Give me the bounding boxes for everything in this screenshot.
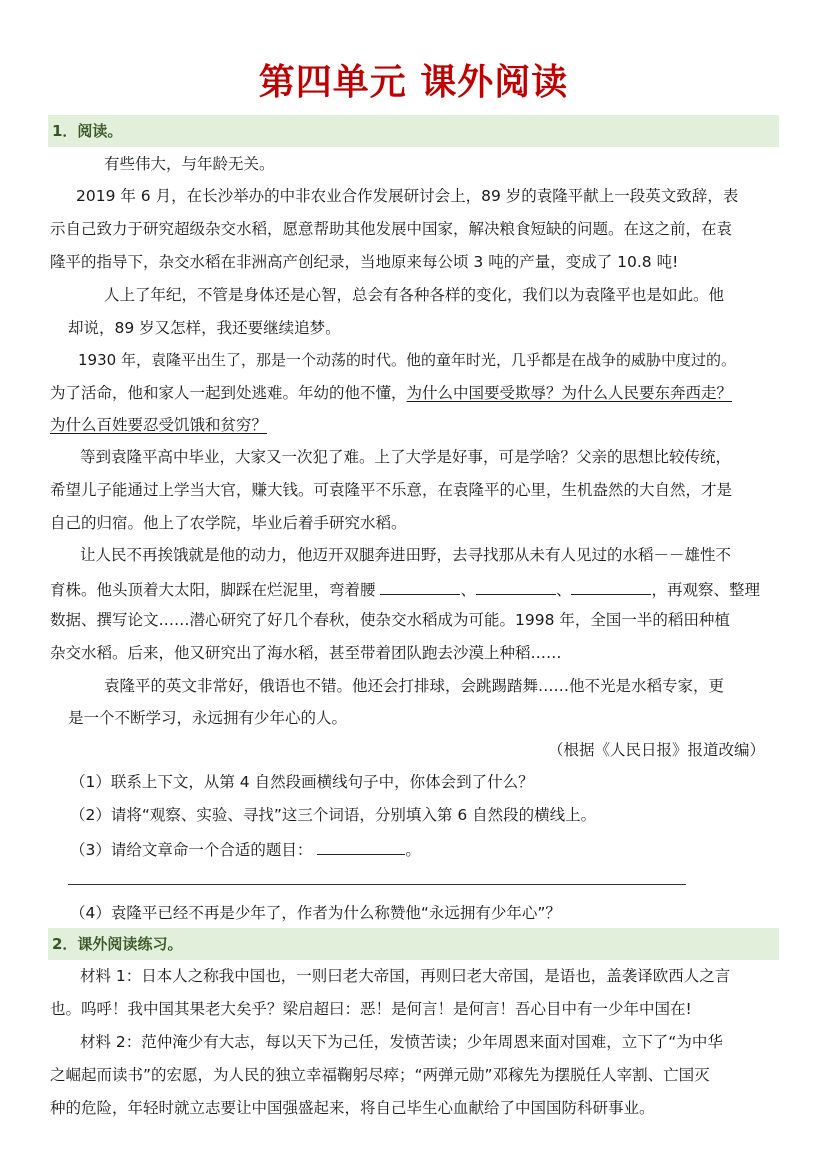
paragraph-7-line: 是一个不断学习，永远拥有少年心的人。 — [68, 708, 808, 728]
paragraph-3-line: 人上了年纪，不管是身体还是心智，总会有各种各样的变化，我们以为袁隆平也是如此。他 — [104, 285, 827, 305]
paragraph-4-text: 为了活命，他和家人一起到处逃难。年幼的他不懂， — [50, 384, 407, 402]
underlined-sentence: 为什么中国要受欺辱？为什么人民要东奔西走？ — [407, 384, 733, 402]
page-title: 第四单元 课外阅读 — [0, 58, 827, 108]
question-2: （2）请将“观察、实验、寻找”这三个词语，分别填入第 6 自然段的横线上。 — [70, 805, 810, 825]
paragraph-3-line: 却说，89 岁又怎样，我还要继续追梦。 — [68, 318, 808, 338]
paragraph-4-line: 1930 年，袁隆平出生了，那是一个动荡的时代。他的童年时光，几乎都是在战争的威… — [78, 350, 818, 370]
paragraph-6-line: 数据、撰写论文……潜心研究了好几个春秋，使杂交水稻成为可能。1998 年，全国一… — [50, 610, 790, 630]
question-3: （3）请给文章命一个合适的题目： 。 — [70, 838, 810, 860]
paragraph-6-text: ，再观察、整理 — [651, 581, 760, 599]
material-2-line: 之崛起而读书”的宏愿，为人民的独立幸福鞠躬尽瘁；“两弹元勋”邓稼先为摆脱任人宰割… — [50, 1065, 790, 1085]
title-answer-blank[interactable] — [317, 838, 405, 855]
paragraph-7-line: 袁隆平的英文非常好，俄语也不错。他还会打排球，会跳踢踏舞……他不光是水稻专家，更 — [104, 676, 827, 696]
separator: 、 — [460, 581, 476, 599]
paragraph-2-line: 隆平的指导下，杂交水稻在非洲高产创纪录，当地原来每公顷 3 吨的产量，变成了 1… — [50, 252, 790, 272]
fill-blank-1[interactable] — [380, 578, 460, 595]
paragraph-6-line: 杂交水稻。后来，他又研究出了海水稻，甚至带着团队跑去沙漠上种稻…… — [50, 643, 790, 663]
section-2-heading: 2．课外阅读练习。 — [48, 928, 779, 960]
fill-blank-3[interactable] — [571, 578, 651, 595]
section-1-heading: 1．阅读。 — [48, 115, 779, 147]
underlined-sentence: 为什么百姓要忍受饥饿和贫穷？ — [50, 415, 790, 435]
paragraph-5-line: 希望儿子能通过上学当大官，赚大钱。可袁隆平不乐意，在袁隆平的心里，生机盎然的大自… — [50, 480, 790, 500]
fill-blank-2[interactable] — [476, 578, 556, 595]
paragraph-2-line: 示自己致力于研究超级杂交水稻，愿意帮助其他发展中国家，解决粮食短缺的问题。在这之… — [50, 219, 790, 239]
separator: 、 — [556, 581, 572, 599]
material-1-line: 也。呜呼！我中国其果老大矣乎？梁启超曰：恶！是何言！是何言！吾心目中有一少年中国… — [50, 999, 790, 1019]
paragraph-6-line: 让人民不再挨饿就是他的动力，他迈开双腿奔进田野，去寻找那从未有人见过的水稻－－雄… — [80, 545, 820, 565]
paragraph-6-line: 育株。他头顶着大太阳，脚踩在烂泥里，弯着腰 、、，再观察、整理 — [50, 578, 790, 600]
question-1: （1）联系上下文，从第 4 自然段画横线句子中，你体会到了什么？ — [70, 772, 810, 792]
source-citation: （根据《人民日报》报道改编） — [548, 740, 788, 760]
material-2-line: 种的危险，年轻时就立志要让中国强盛起来，将自己毕生心血献给了中国国防科研事业。 — [50, 1098, 790, 1118]
paragraph-1-line: 有些伟大，与年龄无关。 — [104, 154, 827, 174]
question-3-text: （3）请给文章命一个合适的题目： — [70, 841, 312, 859]
paragraph-4-line: 为了活命，他和家人一起到处逃难。年幼的他不懂，为什么中国要受欺辱？为什么人民要东… — [50, 383, 790, 403]
question-3-end: 。 — [405, 841, 421, 859]
paragraph-6-text: 育株。他头顶着大太阳，脚踩在烂泥里，弯着腰 — [50, 581, 376, 599]
paragraph-2-line: 2019 年 6 月，在长沙举办的中非农业合作发展研讨会上，89 岁的袁隆平献上… — [76, 186, 816, 206]
material-1-line: 材料 1：日本人之称我中国也，一则曰老大帝国，再则曰老大帝国，是语也，盖袭译欧西… — [80, 966, 820, 986]
answer-line[interactable] — [68, 884, 686, 885]
material-2-line: 材料 2：范仲淹少有大志，每以天下为己任，发愤苦读；少年周恩来面对国难，立下了“… — [80, 1032, 820, 1052]
paragraph-5-line: 等到袁隆平高中毕业，大家又一次犯了难。上了大学是好事，可是学啥？父亲的思想比较传… — [80, 447, 820, 467]
paragraph-5-line: 自己的归宿。他上了农学院，毕业后着手研究水稻。 — [50, 513, 790, 533]
question-4: （4）袁隆平已经不再是少年了，作者为什么称赞他“永远拥有少年心”？ — [70, 903, 810, 923]
